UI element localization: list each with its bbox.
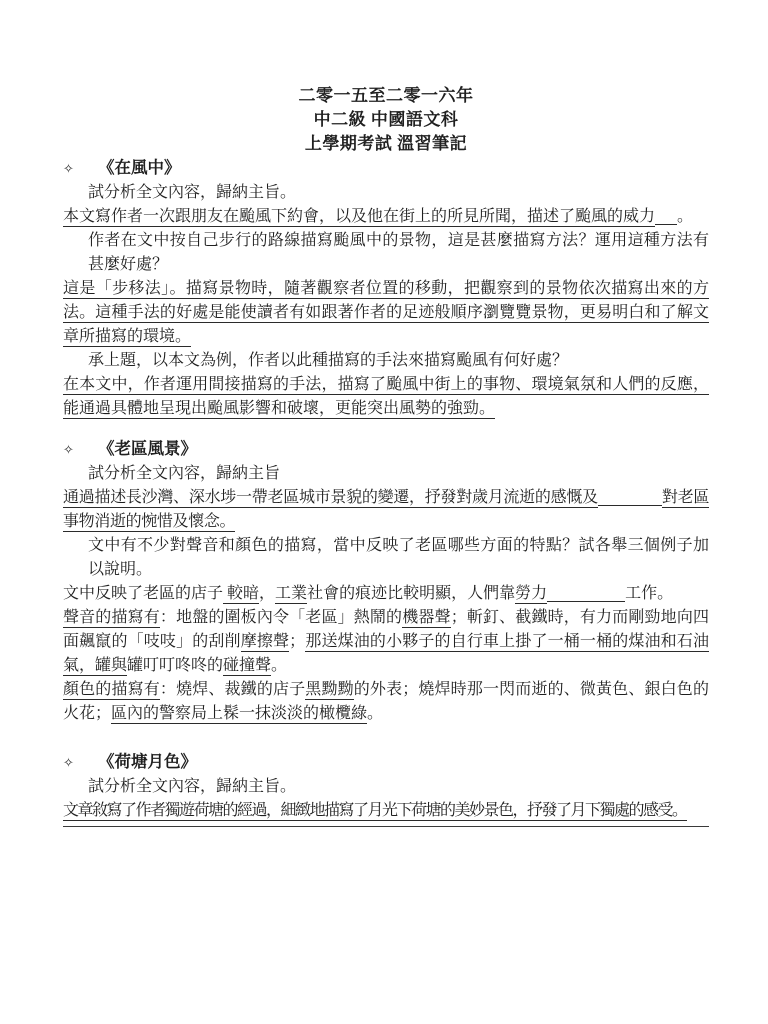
- answer-segment: 文中反映了老區的店子: [63, 585, 223, 602]
- section-title: 《荷塘月色》: [98, 750, 197, 774]
- diamond-bullet-icon: ✧: [63, 751, 98, 775]
- answer-segment: ：燒焊、裁鐵的店子: [160, 681, 305, 698]
- answer-text: 這是「步移法」。描寫景物時，隨著觀察者位置的移動，把觀察到的景物依次描寫出來的方…: [63, 277, 709, 349]
- answer-segment: 。: [271, 657, 287, 674]
- document-title-block: 二零一五至二零一六年 中二級 中國語文科 上學期考試 溫習筆記: [63, 84, 709, 156]
- document-page: 二零一五至二零一六年 中二級 中國語文科 上學期考試 溫習筆記 ✧《在風中》 試…: [0, 0, 768, 1024]
- answer-text: 在本文中，作者運用間接描寫的手法，描寫了颱風中街上的事物、環境氣氛和人們的反應，…: [63, 373, 709, 421]
- section-title: 《在風中》: [98, 156, 181, 180]
- answer-segment: 社會的痕迹比較明顯，人們靠: [307, 585, 515, 602]
- answer-segment: 工作。: [625, 585, 673, 602]
- question-text: 試分析全文內容，歸納主旨: [63, 462, 709, 486]
- section-heading-wind: ✧《在風中》: [63, 156, 709, 181]
- blank-field: [547, 587, 625, 602]
- section-title: 《老區風景》: [98, 437, 197, 461]
- document-content: 二零一五至二零一六年 中二級 中國語文科 上學期考試 溫習筆記 ✧《在風中》 試…: [63, 0, 709, 827]
- answer-segment: ，: [259, 585, 275, 602]
- answer-underlined-segment: 黑黝黝: [305, 681, 353, 700]
- question-text: 承上題，以本文為例，作者以此種描寫的手法來描寫颱風有何好處？: [63, 349, 709, 373]
- blank-field: [598, 491, 662, 506]
- answer-text: 文章敘寫了作者獨遊荷塘的經過，細緻地描寫了月光下荷塘的美妙景色，抒發了月下獨處的…: [63, 799, 709, 827]
- answer-segment: 。: [677, 208, 693, 225]
- answer-underlined-segment: 這是「步移法」。描寫景物時，隨著觀察者位置的移動，把觀察到的景物依次描寫出來的方…: [63, 280, 709, 347]
- title-line-class-subject: 中二級 中國語文科: [63, 108, 709, 132]
- answer-fill-line: 文中反映了老區的店子 較暗，工業社會的痕迹比較明顯，人們靠勞力工作。: [63, 582, 709, 606]
- answer-underlined-segment: 機器聲: [402, 609, 450, 628]
- answer-underlined-segment: 本文寫作者一次跟朋友在颱風下約會，以及他在街上的所見所聞，描述了颱風的威力: [63, 208, 655, 227]
- answer-underlined-segment: 較暗: [223, 585, 259, 604]
- question-text: 作者在文中按自己步行的路線描寫颱風中的景物，這是甚麼描寫方法？運用這種方法有甚麼…: [63, 229, 709, 277]
- answer-segment: ：地盤的圍板內令「老區」熱鬧的: [160, 609, 402, 626]
- title-line-year: 二零一五至二零一六年: [63, 84, 709, 108]
- answer-underlined-segment: 文章敘寫了作者獨遊荷塘的經過，細緻地描寫了月光下荷塘的美妙景色，抒發了月下獨處的…: [63, 802, 687, 821]
- answer-underlined-segment: 聲音的描寫有: [63, 609, 160, 628]
- answer-underlined-segment: 在本文中，作者運用間接描寫的手法，描寫了颱風中街上的事物、環境氣氛和人們的反應，…: [63, 376, 709, 419]
- answer-segment: ；: [289, 633, 305, 650]
- answer-underlined-segment: 工業: [275, 585, 307, 604]
- answer-underlined-segment: 區內的警察局上髹一抹淡淡的橄欖綠: [111, 705, 367, 724]
- answer-sound-examples: 聲音的描寫有：地盤的圍板內令「老區」熱鬧的機器聲；斬釘、截鐵時，有力而剛勁地向四…: [63, 606, 709, 678]
- question-text: 文中有不少對聲音和顏色的描寫，當中反映了老區哪些方面的特點？試各舉三個例子加以說…: [63, 534, 709, 582]
- answer-underlined-segment: 摩擦聲: [241, 633, 289, 652]
- answer-text: 通過描述長沙灣、深水埗一帶老區城市景貌的變遷，抒發對歲月流逝的感慨及對老區事物消…: [63, 486, 709, 534]
- answer-color-examples: 顏色的描寫有：燒焊、裁鐵的店子黑黝黝的外表；燒焊時那一閃而逝的、微黃色、銀白色的…: [63, 678, 709, 726]
- answer-segment: 罐叮叮咚咚的: [127, 657, 223, 674]
- question-text: 試分析全文內容，歸納主旨。: [63, 181, 709, 205]
- question-text: 試分析全文內容，歸納主旨。: [63, 775, 709, 799]
- answer-segment: 。: [367, 705, 383, 722]
- answer-underlined-segment: 通過描述長沙灣、深水埗一帶老區城市景貌的變遷，抒發對歲月流逝的感慨及: [63, 489, 598, 508]
- diamond-bullet-icon: ✧: [63, 157, 98, 181]
- section-heading-lotus: ✧《荷塘月色》: [63, 750, 709, 775]
- answer-underlined-segment: 勞力: [515, 585, 547, 604]
- diamond-bullet-icon: ✧: [63, 438, 98, 462]
- answer-underlined-segment: 碰撞聲: [223, 657, 271, 676]
- title-line-exam-notes: 上學期考試 溫習筆記: [63, 132, 709, 156]
- answer-text: 本文寫作者一次跟朋友在颱風下約會，以及他在街上的所見所聞，描述了颱風的威力。: [63, 205, 709, 229]
- answer-underlined-segment: 顏色的描寫有: [63, 681, 160, 700]
- section-heading-oldtown: ✧《老區風景》: [63, 437, 709, 462]
- blank-field: [655, 210, 677, 225]
